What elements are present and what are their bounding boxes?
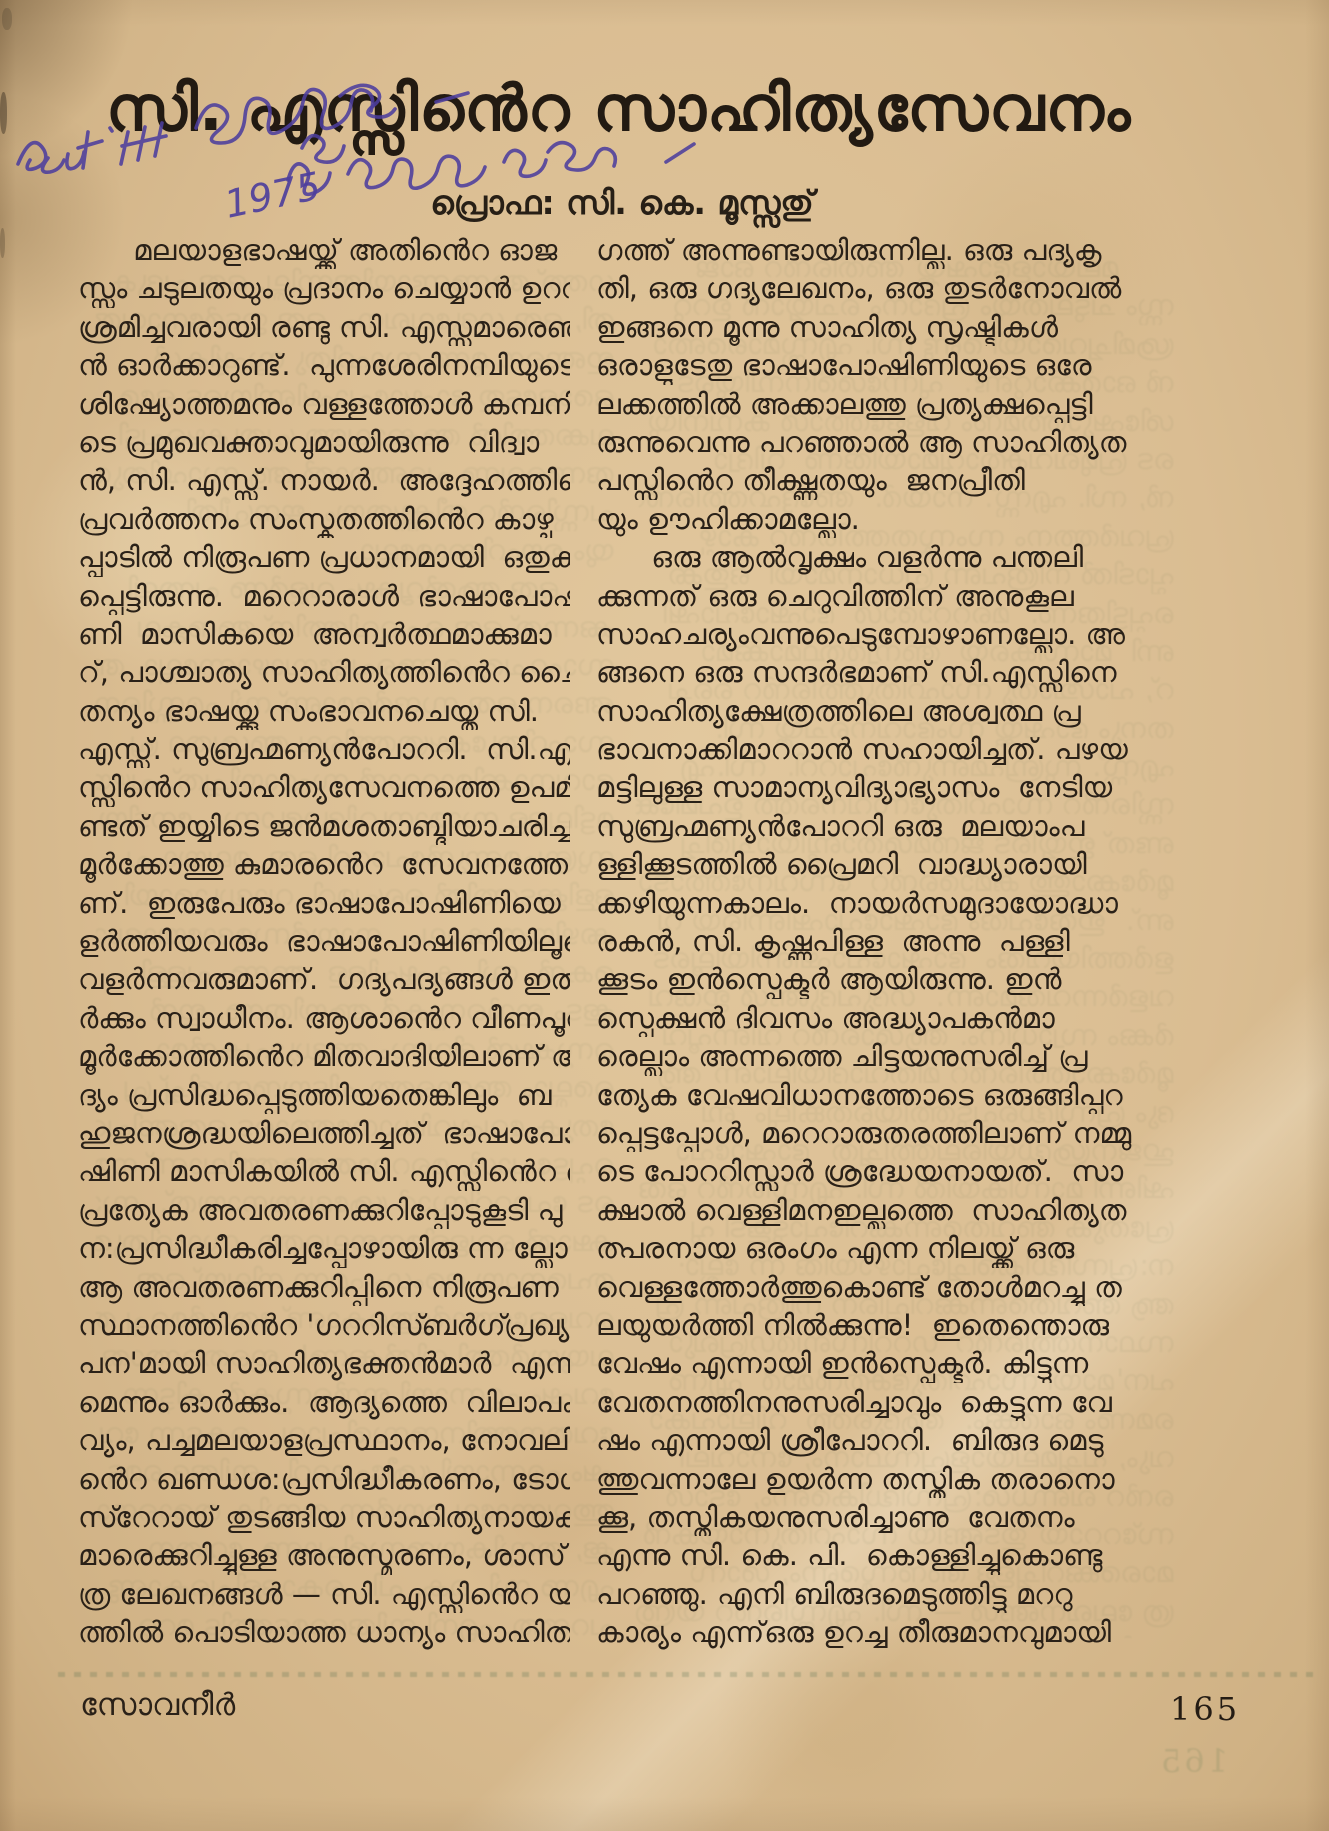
text-line: ഒരു ആൽവൃക്ഷം വളർന്നു പന്തലി bbox=[596, 538, 1168, 576]
article-body: മലയാളഭാഷയ്ക്ക് അതിൻെറ ഓജസ്സും ചടുലതയും പ… bbox=[78, 231, 1168, 1652]
text-line: മെന്നും ഓർക്കും. ആദ്യത്തെ വിലാപകാ bbox=[78, 1383, 570, 1421]
text-line: വേതനത്തിനനുസരിച്ചാവും കെട്ടുന്ന വേ bbox=[596, 1383, 1168, 1421]
text-line: ടെ പ്രമുഖവക്താവുമായിരുന്നു വിദ്വാ bbox=[78, 423, 570, 461]
text-line: തി, ഒരു ഗദ്യലേഖനം, ഒരു തുടർനോവൽ bbox=[596, 269, 1168, 307]
text-line: ത്തിൽ പൊടിയാത്ത ധാന്യം സാഹിത്യരം bbox=[78, 1613, 570, 1651]
text-line: ക്ഷാൽ വെള്ളിമനഇല്ലത്തെ സാഹിത്യത bbox=[596, 1191, 1168, 1229]
text-line: ക്കുന്നത് ഒരു ചെറുവിത്തിന് അനുകൂല bbox=[596, 577, 1168, 615]
text-line: ക്കൂ, തസ്തികയനുസരിച്ചാണു വേതനം bbox=[596, 1498, 1168, 1536]
text-line: പ്രവർത്തനം സംസ്കൃതത്തിൻെറ കാഴ്ച bbox=[78, 500, 570, 538]
text-line: ത്യേക വേഷവിധാനത്തോടെ ഒരുങ്ങിപ്പുറ bbox=[596, 1076, 1168, 1114]
text-line: ശിഷ്യോത്തമനും വള്ളത്തോൾ കമ്പനിയു bbox=[78, 385, 570, 423]
text-line: ണി മാസികയെ അന്വർത്ഥമാക്കുമാ bbox=[78, 615, 570, 653]
text-line: പ്പെട്ടപ്പോൾ, മറെറാരുതരത്തിലാണ് നമ്മു bbox=[596, 1114, 1168, 1152]
text-line: വെള്ളത്തോർത്തുകൊണ്ട് തോൾമറച്ചു ത bbox=[596, 1268, 1168, 1306]
text-line: ക്കഴിയുന്നകാലം. നായർസമുദായോദ്ധാ bbox=[596, 884, 1168, 922]
footer-publication-label: സോവനീർ bbox=[80, 1687, 235, 1724]
text-line: പ്രത്യേക അവതരണക്കുറിപ്പോടുകൂടി പു bbox=[78, 1191, 570, 1229]
text-line: മാരെക്കുറിച്ചുള്ള അനുസ്മരണം, ശാസ് bbox=[78, 1536, 570, 1574]
text-line: കാര്യം എന്ന്ഒരു ഉറച്ച തീരുമാനവുമായി bbox=[596, 1613, 1168, 1651]
text-line: ലയുയർത്തി നിൽക്കുന്നു! ഇതെന്തൊരു bbox=[596, 1306, 1168, 1344]
right-column: ഗത്ത് അന്നുണ്ടായിരുന്നില്ല. ഒരു പദ്യകൃതി… bbox=[596, 231, 1168, 1652]
text-line: വളർന്നവരുമാണ്. ഗദ്യപദ്യങ്ങൾ ഇരുവ bbox=[78, 960, 570, 998]
text-line: വ്യം, പച്ചമലയാളപ്രസ്ഥാനം, നോവലി bbox=[78, 1421, 570, 1459]
text-line: ഹുജനശ്രദ്ധയിലെത്തിച്ചത് ഭാഷാപോ bbox=[78, 1114, 570, 1152]
handwritten-note-under-title: 1975 bbox=[218, 122, 718, 237]
text-line: രകൻ, സി. കൃഷ്ണപിള്ള അന്നു പള്ളി bbox=[596, 922, 1168, 960]
text-line: ഷിണി മാസികയിൽ സി. എസ്സിൻെറ ഒരു bbox=[78, 1152, 570, 1190]
text-line: ങ്ങനെ ഒരു സന്ദർഭമാണ് സി.എസ്സിനെ bbox=[596, 653, 1168, 691]
text-line: സാഹചര്യംവന്നുപെടുമ്പോഴാണല്ലോ. അ bbox=[596, 615, 1168, 653]
text-line: ത്പരനായ ഒരംഗം എന്ന നിലയ്ക്ക് ഒരു bbox=[596, 1229, 1168, 1267]
text-line: ലക്കത്തിൽ അക്കാലത്തു പ്രത്യക്ഷപ്പെട്ടി bbox=[596, 385, 1168, 423]
text-line: സാഹിത്യക്ഷേത്രത്തിലെ അശ്വത്ഥ പ്ര bbox=[596, 692, 1168, 730]
text-line: ദ്യം പ്രസിദ്ധപ്പെടുത്തിയതെങ്കിലും ബ bbox=[78, 1076, 570, 1114]
bleedthrough-page-number: 165 bbox=[1158, 1742, 1228, 1780]
text-line: ഷം എന്നായി ശ്രീപോററി. ബിരുദ മെടു bbox=[596, 1421, 1168, 1459]
text-line: സ്ഥാനത്തിൻെറ 'ഗററിസ്ബർഗ്പ്രഖ്യാ bbox=[78, 1306, 570, 1344]
text-line: ആ അവതരണക്കുറിപ്പിനെ നിരൂപണ പ്ര bbox=[78, 1268, 570, 1306]
text-line: ഭാവനാക്കിമാററാൻ സഹായിച്ചത്. പഴയ bbox=[596, 730, 1168, 768]
text-line: പ്പാടിൽ നിരൂപണ പ്രധാനമായി ഒതുക്ക bbox=[78, 538, 570, 576]
text-line: സ്റേറായ് തുടങ്ങിയ സാഹിത്യനായകൻ bbox=[78, 1498, 570, 1536]
text-line: ഗത്ത് അന്നുണ്ടായിരുന്നില്ല. ഒരു പദ്യകൃ bbox=[596, 231, 1168, 269]
text-line: രെല്ലാം അന്നത്തെ ചിട്ടയനുസരിച്ച് പ്ര bbox=[596, 1037, 1168, 1075]
scanned-magazine-page: ഗത്ത് അന്നുണ്ടായിരുന്നില്ല. ഒരു പദ്യകൃതി… bbox=[0, 0, 1329, 1831]
text-line: ൻ, സി. എസ്സ്. നായർ. അദ്ദേഹത്തിൻെറ bbox=[78, 461, 570, 499]
text-line: മൂർക്കോത്തിൻെറ മിതവാദിയിലാണ് ആ bbox=[78, 1037, 570, 1075]
text-line: എസ്സ്. സുബ്രഹ്മണ്യൻപോററി. സി.എ bbox=[78, 730, 570, 768]
text-line: ശ്രമിച്ചവരായി രണ്ടു സി. എസ്സുമാരെഞാ bbox=[78, 308, 570, 346]
text-line: ടെ പോററിസ്സാർ ശ്രദ്ധേയനായത്. സാ bbox=[596, 1152, 1168, 1190]
text-line: ളർത്തിയവരും ഭാഷാപോഷിണിയിലൂടെ bbox=[78, 922, 570, 960]
text-line: റ്, പാശ്ചാത്യ സാഹിത്യത്തിൻെറ ചൈ bbox=[78, 653, 570, 691]
text-line: മൂർക്കോത്തു കുമാരൻെറ സേവനത്തോടാ bbox=[78, 845, 570, 883]
scan-edge-mark bbox=[2, 8, 12, 30]
text-line: ണ്. ഇരുപേരും ഭാഷാപോഷിണിയെ വ bbox=[78, 884, 570, 922]
text-line: ഒരാളുടേതു ഭാഷാപോഷിണിയുടെ ഒരേ bbox=[596, 346, 1168, 384]
text-line: ക്കൂടം ഇൻസ്പെക്ടർ ആയിരുന്നു. ഇൻ bbox=[596, 960, 1168, 998]
text-line: തന്യം ഭാഷയ്ക്കു സംഭാവനചെയ്ത സി. bbox=[78, 692, 570, 730]
text-line: മലയാളഭാഷയ്ക്ക് അതിൻെറ ഓജ bbox=[78, 231, 570, 269]
footer-divider-dotted bbox=[58, 1672, 1320, 1677]
text-line: പന'മായി സാഹിത്യഭക്തൻമാർ എന്നു bbox=[78, 1344, 570, 1382]
text-line: ന:പ്രസിദ്ധീകരിച്ചപ്പോഴായിരു ന്ന ല്ലോ· bbox=[78, 1229, 570, 1267]
text-line: സുബ്രഹ്മണ്യൻപോററി ഒരു മലയാംപ bbox=[596, 807, 1168, 845]
text-line: ൻ ഓർക്കാറുണ്ട്. പുന്നശേരിനമ്പിയുടെ bbox=[78, 346, 570, 384]
text-line: പറഞ്ഞു. എനി ബിരുദമെടുത്തിട്ടു മററു bbox=[596, 1575, 1168, 1613]
text-line: രുന്നുവെന്നു പറഞ്ഞാൽ ആ സാഹിത്യത bbox=[596, 423, 1168, 461]
text-line: ള്ളിക്കൂടത്തിൽ പ്രൈമറി വാദ്ധ്യാരായി bbox=[596, 845, 1168, 883]
left-column: മലയാളഭാഷയ്ക്ക് അതിൻെറ ഓജസ്സും ചടുലതയും പ… bbox=[78, 231, 570, 1652]
text-line: ൻെറ ഖണ്ഡശ:പ്രസിദ്ധീകരണം, ടോൾ bbox=[78, 1460, 570, 1498]
text-line: ർക്കും സ്വാധീനം. ആശാൻെറ വീണപൂവ് bbox=[78, 999, 570, 1037]
text-line: സ്സും ചടുലതയും പ്രദാനം ചെയ്യാൻ ഉററു bbox=[78, 269, 570, 307]
text-line: ണ്ടത് ഇയ്യിടെ ജൻമശതാബ്ദിയാചരിച്ച bbox=[78, 807, 570, 845]
text-line: സ്സിൻെറ സാഹിത്യസേവനത്തെ ഉപമിക്കേ bbox=[78, 768, 570, 806]
scan-edge-mark bbox=[0, 228, 5, 258]
page-number: 165 bbox=[1170, 1690, 1240, 1728]
text-line: ഇങ്ങനെ മൂന്നു സാഹിത്യ സൃഷ്ടികൾ bbox=[596, 308, 1168, 346]
text-line: വേഷം എന്നായി ഇൻസ്പെക്ടർ. കിട്ടുന്ന bbox=[596, 1344, 1168, 1382]
text-line: പ്പെട്ടിരുന്നു. മറെറാരാൾ ഭാഷാപോഷി bbox=[78, 577, 570, 615]
text-line: സ്പെക്ഷൻ ദിവസം അദ്ധ്യാപകൻമാ bbox=[596, 999, 1168, 1037]
text-line: യും ഊഹിക്കാമല്ലോ. bbox=[596, 500, 1168, 538]
text-line: മട്ടിലുള്ള സാമാന്യവിദ്യാഭ്യാസം നേടിയ bbox=[596, 768, 1168, 806]
text-line: ത്ര ലേഖനങ്ങൾ — സി. എസ്സിൻെറ യന്ത്ര bbox=[78, 1575, 570, 1613]
text-line: ത്തുവന്നാലേ ഉയർന്ന തസ്തിക തരാനൊ bbox=[596, 1460, 1168, 1498]
text-line: പസ്സിൻെറ തീക്ഷ്ണതയും ജനപ്രീതി bbox=[596, 461, 1168, 499]
text-line: എന്നു സി. കെ. പി. കൊള്ളിച്ചുകൊണ്ടു bbox=[596, 1536, 1168, 1574]
